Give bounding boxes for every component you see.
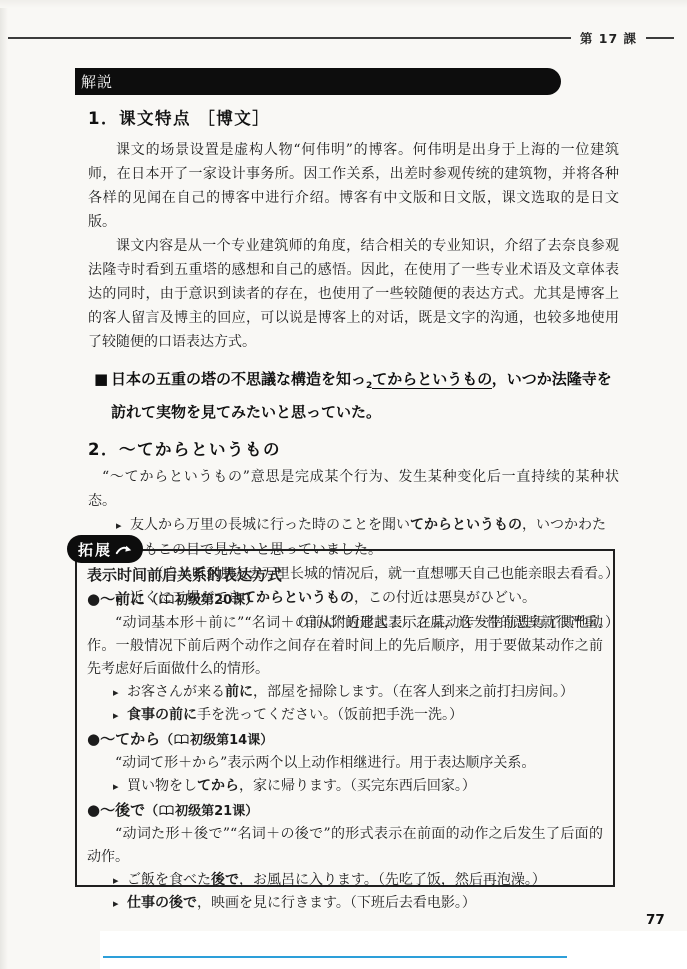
header-rule: 第 17 課 — [8, 29, 674, 47]
pattern-description: “动词た形＋後で”“名词＋の後で”的形式表示在前面的动作之后发生了后面的动作。 — [87, 823, 603, 869]
expansion-box: 表示时间前后关系的表达方式 ●～前に（初级第20课） “动词基本形＋前に”“名词… — [75, 549, 615, 887]
section1-heading: 1．课文特点 ［博文］ — [88, 106, 619, 132]
scan-bottom-strip — [100, 931, 687, 969]
square-bullet-icon: ■ — [94, 366, 111, 392]
banner-label: 解説 — [75, 71, 113, 92]
book-icon — [159, 594, 174, 605]
example-sentence: ▸ご飯を食べた後で，お風呂に入ります。（先吃了饭，然后再泡澡。） — [113, 869, 603, 892]
curved-arrow-icon — [115, 543, 133, 556]
highlight-text: 日本の五重の塔の不思議な構造を知っ2てからというもの，いつか法隆寺を訪れて実物を… — [111, 370, 612, 421]
example-sentence: ▸お客さんが来る前に，部屋を掃除します。（在客人到来之前打扫房间。） — [113, 681, 603, 704]
section1-paragraph-1: 课文的场景设置是虚构人物“何伟明”的博客。何伟明是出身于上海的一位建筑师，在日本… — [88, 138, 619, 234]
highlight-sentence: ■日本の五重の塔の不思議な構造を知っ2てからというもの，いつか法隆寺を訪れて実物… — [94, 366, 619, 425]
textbook-page: { "glyphs": { "square": "■", "bullet": "… — [0, 0, 687, 969]
paren: ） — [260, 733, 273, 748]
expansion-title: 表示时间前后关系的表达方式 — [87, 564, 603, 587]
rule-line — [646, 37, 674, 39]
page-number: 77 — [646, 912, 665, 928]
pattern-description: “动词て形＋から”表示两个以上动作相继进行。用于表达顺序关系。 — [87, 752, 603, 775]
pattern-heading: ●～前に（初级第20课） — [87, 588, 603, 612]
triangle-bullet-icon: ▸ — [113, 892, 127, 915]
dot-bullet-icon: ● — [87, 801, 100, 819]
reference-label: 初级第20课 — [175, 593, 245, 608]
dot-bullet-icon: ● — [87, 590, 100, 608]
reference-label: 初级第21课 — [175, 804, 245, 819]
expansion-tab-label: 拓展 — [78, 539, 112, 560]
triangle-bullet-icon: ▸ — [113, 775, 127, 798]
example-text: 仕事の後で，映画を見に行きます。（下班后去看电影。） — [127, 895, 476, 911]
section2-heading: 2．～てからというもの — [88, 437, 619, 463]
scan-edge — [0, 0, 687, 8]
triangle-bullet-icon: ▸ — [113, 869, 127, 892]
example-sentence: ▸仕事の後で，映画を見に行きます。（下班后去看电影。） — [113, 892, 603, 915]
reference-note: （初级第21课） — [145, 804, 258, 819]
paren: （ — [145, 593, 158, 608]
reference-note: （初级第20课） — [145, 593, 258, 608]
scan-edge — [0, 0, 8, 969]
pattern-heading: ●～後で（初级第21课） — [87, 799, 603, 823]
example-sentence: ▸買い物をしてから，家に帰ります。（买完东西后回家。） — [113, 775, 603, 798]
paren: ） — [245, 593, 258, 608]
paren: （ — [160, 733, 173, 748]
dot-bullet-icon: ● — [87, 730, 100, 748]
pattern-label: ～後で — [100, 801, 145, 819]
section2-description: “～てからというもの”意思是完成某个行为、发生某种变化后一直持续的某种状态。 — [88, 465, 619, 513]
expansion-content: 表示时间前后关系的表达方式 ●～前に（初级第20课） “动词基本形＋前に”“名词… — [77, 551, 613, 921]
reference-label: 初级第14课 — [190, 733, 260, 748]
triangle-bullet-icon: ▸ — [113, 681, 127, 704]
blue-underline — [103, 956, 567, 958]
paren: （ — [145, 804, 158, 819]
rule-line — [8, 37, 571, 39]
kaisetsu-banner: 解説 — [75, 68, 561, 95]
pattern-label: ～前に — [100, 590, 145, 608]
book-icon — [159, 805, 174, 816]
example-text: ご飯を食べた後で，お風呂に入ります。（先吃了饭，然后再泡澡。） — [127, 872, 546, 888]
example-text: 買い物をしてから，家に帰ります。（买完东西后回家。） — [127, 778, 476, 794]
expansion-tab: 拓展 — [67, 535, 143, 563]
book-icon — [174, 734, 189, 745]
lesson-number: 第 17 課 — [580, 29, 637, 47]
example-text: お客さんが来る前に，部屋を掃除します。（在客人到来之前打扫房间。） — [127, 684, 574, 700]
pattern-description: “动词基本形＋前に”“名词＋の前に”的形式表示在某动作发生前进行了其他动作。一般… — [87, 612, 603, 681]
example-text: 食事の前に手を洗ってください。（饭前把手洗一洗。） — [127, 707, 463, 723]
paren: ） — [245, 804, 258, 819]
pattern-label: ～てから — [100, 730, 160, 748]
triangle-bullet-icon: ▸ — [113, 704, 127, 727]
pattern-heading: ●～てから（初级第14课） — [87, 728, 603, 752]
reference-note: （初级第14课） — [160, 733, 273, 748]
section1-paragraph-2: 课文内容是从一个专业建筑师的角度，结合相关的专业知识，介绍了去奈良参观法隆寺时看… — [88, 234, 619, 354]
example-sentence: ▸食事の前に手を洗ってください。（饭前把手洗一洗。） — [113, 704, 603, 727]
